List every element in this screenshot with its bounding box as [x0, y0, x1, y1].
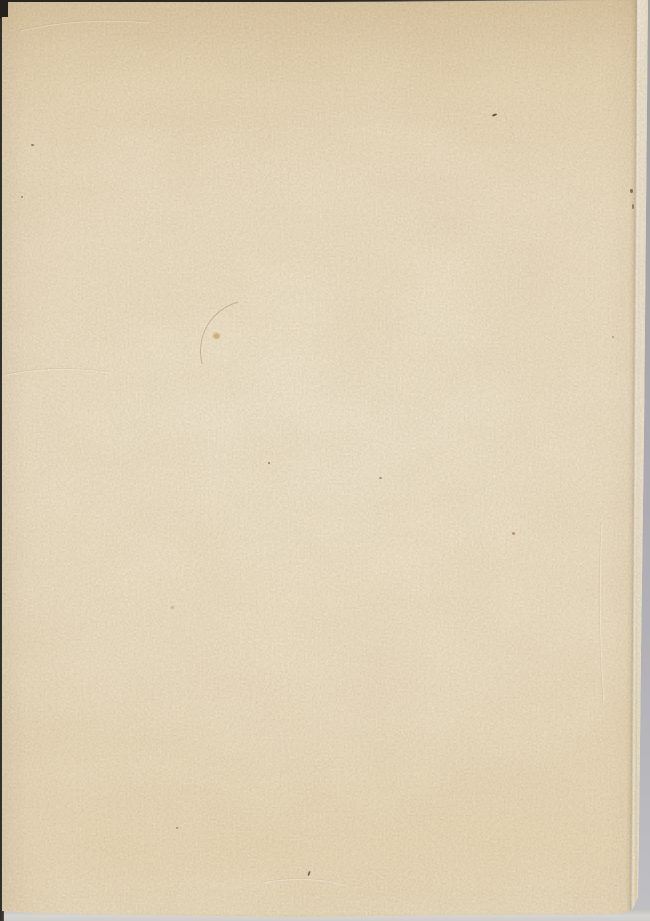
- ring-mark-arc: [181, 281, 320, 420]
- crease-bottom-center-highlight: [263, 879, 345, 885]
- scanned-page-container: [0, 0, 650, 921]
- crease-right-low: [599, 522, 603, 702]
- scanner-corner-notch: [0, 0, 9, 18]
- paper-creases: [0, 0, 650, 921]
- crease-mid-left-highlight: [7, 369, 109, 375]
- dust-speck: [612, 336, 614, 338]
- fiber-speck: [492, 113, 497, 117]
- dust-speck: [268, 462, 270, 464]
- dust-speck: [31, 144, 34, 146]
- paper-light-grain-layer: [0, 0, 650, 921]
- crease-top-right-highlight: [451, 51, 516, 137]
- dust-speck: [379, 477, 382, 479]
- red-speck: [512, 532, 515, 535]
- paper-grain-texture: [0, 0, 650, 921]
- crease-top-right: [450, 50, 515, 136]
- stain-dot: [213, 333, 220, 339]
- blank-paper-page: [0, 0, 650, 921]
- dust-speck: [21, 196, 23, 198]
- crease-right-low-highlight: [600, 523, 604, 703]
- paper-dark-grain-layer: [0, 0, 650, 921]
- marks-layer: [0, 0, 650, 921]
- paper-mottle-layer: [0, 0, 650, 921]
- dust-speck: [176, 827, 178, 829]
- yellow-fleck: [171, 606, 174, 609]
- crease-bottom-center: [262, 878, 344, 884]
- crease-top-left-highlight: [21, 21, 149, 31]
- crease-top-left: [20, 20, 148, 30]
- ink-speck: [307, 871, 311, 876]
- crease-mid-left: [6, 368, 108, 374]
